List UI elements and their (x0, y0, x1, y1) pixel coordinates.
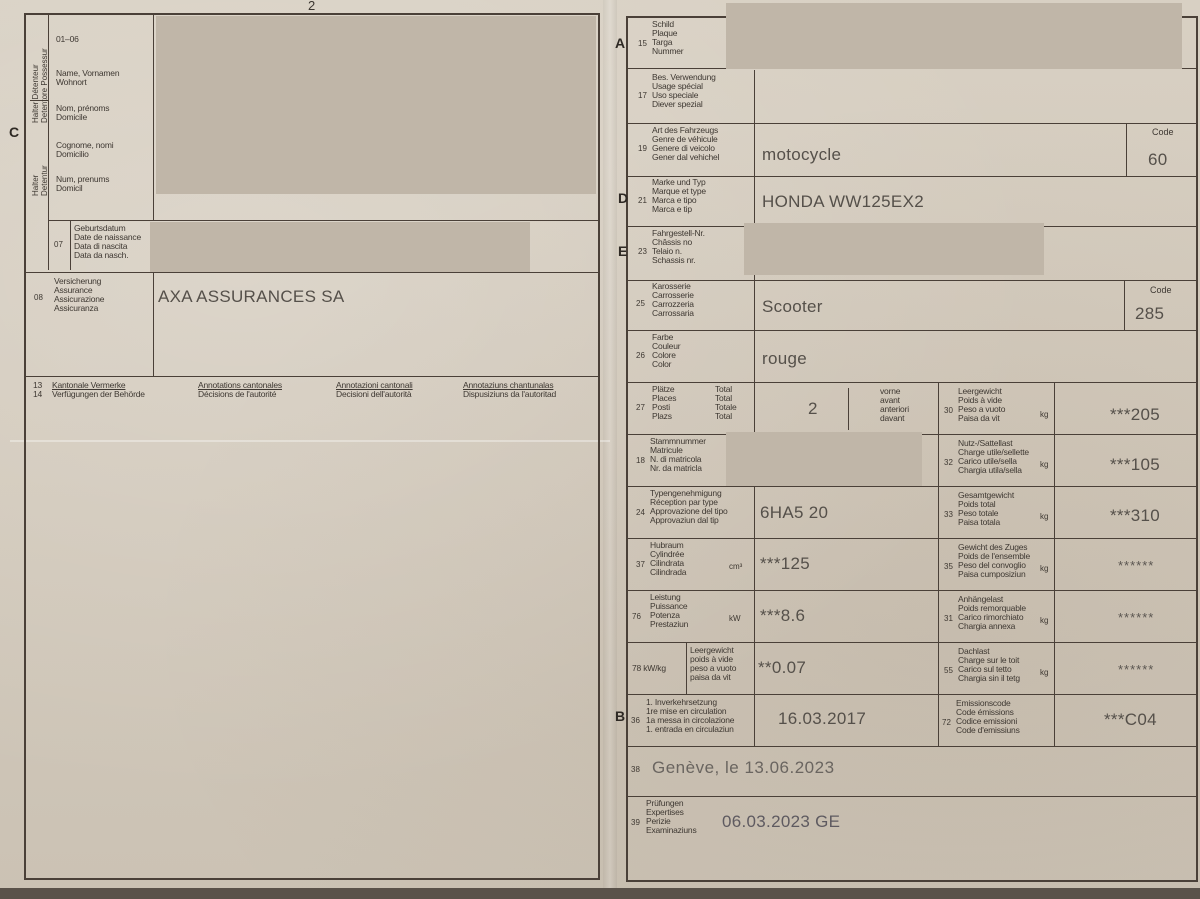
field-number-27: 27 (636, 403, 645, 412)
body-value: Scooter (762, 297, 823, 317)
type-approval-rm: Approvaziun dal tip (650, 516, 728, 525)
field-number-35: 35 (944, 562, 953, 571)
annotations-rm: Annotaziuns chantunalas Dispusiziuns da … (463, 381, 556, 399)
field-number-76: 76 (632, 612, 641, 621)
trailer-load-value: ****** (1118, 610, 1154, 625)
holder-label-rm: Num, prenums Domicil (56, 175, 109, 193)
divider (70, 220, 71, 270)
field-number-31: 31 (944, 614, 953, 623)
emission-code-value: ***C04 (1104, 710, 1157, 730)
trailer-load-unit: kg (1040, 616, 1048, 625)
divider (686, 642, 687, 694)
inspections-label: Prüfungen Expertises Perizie Examinaziun… (646, 799, 697, 835)
seats-front-rm: davant (880, 414, 909, 423)
row-divider (627, 330, 1198, 331)
holder-label-de: Name, Vornamen Wohnort (56, 69, 119, 87)
bottom-edge-shadow (0, 888, 1200, 899)
seats-total-value: 2 (808, 399, 818, 419)
power-ratio-unit: kW/kg (643, 663, 666, 673)
section-letter-b: B (615, 708, 625, 724)
displacement-value: ***125 (760, 554, 810, 574)
vehicle-type-code: 60 (1148, 150, 1168, 170)
birthdate-label-rm: Data da nasch. (74, 251, 141, 260)
emission-code-label: Emissionscode Code émissions Codice emis… (956, 699, 1020, 735)
field-number-23: 23 (638, 247, 647, 256)
annotations-fr-2: Décisions de l'autorité (198, 390, 282, 399)
make-label: Marke und Typ Marque et type Marca e tip… (652, 178, 706, 214)
body-code: 285 (1135, 304, 1164, 324)
page-number: 2 (308, 0, 315, 13)
field-number-72: 72 (942, 718, 951, 727)
power-label: Leistung Puissance Potenza Prestaziun (650, 593, 688, 629)
field-number-18: 18 (636, 456, 645, 465)
seats-label: Plätze Places Posti Plazs (652, 385, 676, 421)
divider (1126, 123, 1127, 176)
displacement-label: Hubraum Cylindrée Cilindrata Cilindrada (650, 541, 686, 577)
row-divider (627, 796, 1198, 797)
power-ratio-label: 78 kW/kg (632, 664, 666, 673)
vehicle-type-label-rm: Gener dal vehichel (652, 153, 719, 162)
holder-vertical-label: Halter Détenteur (31, 64, 40, 123)
body-code-label: Code (1150, 285, 1172, 295)
holder-name-redacted (156, 16, 596, 194)
total-weight-label: Gesamtgewicht Poids total Peso totale Pa… (958, 491, 1014, 527)
annotations-numbers: 13 14 (33, 381, 42, 399)
field-number-55: 55 (944, 666, 953, 675)
colour-label-rm: Color (652, 360, 680, 369)
center-fold (603, 0, 617, 899)
holder-vertical-label-3: Halter (31, 175, 40, 196)
payload-value: ***105 (1110, 455, 1160, 475)
payload-rm: Chargia utila/sella (958, 466, 1029, 475)
divider (48, 220, 600, 221)
emission-code-rm: Code d'emissiuns (956, 726, 1020, 735)
colour-value: rouge (762, 349, 807, 369)
empty-weight-rm: Paisa da vit (958, 414, 1005, 423)
divider (1054, 382, 1055, 746)
vehicle-type-label: Art des Fahrzeugs Genre de véhicule Gene… (652, 126, 719, 162)
divider (848, 388, 849, 430)
power-ratio-weight-label: Leergewicht poids à vide peso a vuoto pa… (690, 646, 736, 682)
roof-load-unit: kg (1040, 668, 1048, 677)
divider (754, 70, 755, 746)
body-label: Karosserie Carrosserie Carrozzeria Carro… (652, 282, 694, 318)
row-divider (627, 382, 1198, 383)
train-weight-value: ****** (1118, 558, 1154, 573)
field-number-37: 37 (636, 560, 645, 569)
matricule-redacted (726, 432, 922, 486)
row-divider (627, 694, 1198, 695)
row-divider (627, 746, 1198, 747)
plate-redacted (726, 3, 1182, 69)
divider (938, 382, 939, 746)
vehicle-type-value: motocycle (762, 145, 841, 165)
holder-vertical-label-2: Detentore Possessur (40, 48, 49, 123)
insurance-label: Versicherung Assurance Assicurazione Ass… (54, 277, 104, 313)
field-number-21: 21 (638, 196, 647, 205)
holder-label-it: Cognome, nomi Domicilio (56, 141, 113, 159)
body-label-rm: Carrossaria (652, 309, 694, 318)
field-number-19: 19 (638, 144, 647, 153)
holder-range-label: 01–06 (56, 35, 79, 44)
total-weight-value: ***310 (1110, 506, 1160, 526)
holder-vertical-label-4: Detentur (40, 165, 49, 196)
trailer-load-rm: Chargia annexa (958, 622, 1026, 631)
field-number-26: 26 (636, 351, 645, 360)
row-divider (627, 123, 1198, 124)
field-number-17: 17 (638, 91, 647, 100)
inspections-value: 06.03.2023 GE (722, 812, 840, 832)
make-label-rm: Marca e tip (652, 205, 706, 214)
annotations-fr: Annotations cantonales Décisions de l'au… (198, 381, 282, 399)
holder-label-fr: Nom, prénoms Domicile (56, 104, 109, 122)
section-letter-c: C (9, 124, 19, 140)
make-value: HONDA WW125EX2 (762, 192, 924, 212)
total-weight-unit: kg (1040, 512, 1048, 521)
seats-front-label: vorne avant anteriori davant (880, 387, 909, 423)
special-use-label-rm: Diever spezial (652, 100, 716, 109)
power-ratio-rm: paisa da vit (690, 673, 736, 682)
row-divider (627, 642, 1198, 643)
power-value: ***8.6 (760, 606, 805, 626)
train-weight-unit: kg (1040, 564, 1048, 573)
divider (153, 14, 154, 220)
field-number-39: 39 (631, 818, 640, 827)
divider (26, 376, 600, 377)
roof-load-rm: Chargia sin il tetg (958, 674, 1020, 683)
seats-label-rm: Plazs (652, 412, 676, 421)
annotations-it: Annotazioni cantonali Decisioni dell'aut… (336, 381, 413, 399)
payload-unit: kg (1040, 460, 1048, 469)
chassis-redacted (744, 223, 1044, 275)
roof-load-label: Dachlast Charge sur le toit Carico sul t… (958, 647, 1020, 683)
field-number-36: 36 (631, 716, 640, 725)
trailer-load-label: Anhängelast Poids remorquable Carico rim… (958, 595, 1026, 631)
row-divider (627, 280, 1198, 281)
row-divider (627, 538, 1198, 539)
first-registration-rm: 1. entrada en circulaziun (646, 725, 734, 734)
annotations-rm-2: Dispusiziuns da l'autoritad (463, 390, 556, 399)
field-number-33: 33 (944, 510, 953, 519)
empty-weight-label: Leergewicht Poids à vide Peso a vuoto Pa… (958, 387, 1005, 423)
divider (153, 272, 154, 376)
row-divider (627, 486, 1198, 487)
seats-total-label: Total Total Totale Total (715, 385, 736, 421)
inspections-rm: Examinaziuns (646, 826, 697, 835)
power-unit: kW (729, 614, 741, 623)
birthdate-label: Geburtsdatum Date de naissance Data di n… (74, 224, 141, 260)
field-number-25: 25 (636, 299, 645, 308)
displacement-unit: cm³ (729, 562, 742, 571)
train-weight-rm: Paisa cumposiziun (958, 570, 1030, 579)
first-registration-value: 16.03.2017 (778, 709, 866, 729)
plate-label-rm: Nummer (652, 47, 683, 56)
field-number-07: 07 (54, 240, 63, 249)
field-number-30: 30 (944, 406, 953, 415)
matricule-label: Stammnummer Matricule N. di matricola Nr… (650, 437, 706, 473)
payload-label: Nutz-/Sattellast Charge utile/sellette C… (958, 439, 1029, 475)
section-letter-e: E (618, 243, 627, 259)
field-number-78: 78 (632, 663, 641, 673)
annotations-de: Kantonale Vermerke Verfügungen der Behör… (52, 381, 145, 399)
colour-label: Farbe Couleur Colore Color (652, 333, 680, 369)
field-number-38: 38 (631, 765, 640, 774)
chassis-label: Fahrgestell-Nr. Châssis no Telaio n. Sch… (652, 229, 705, 265)
first-registration-label: 1. Inverkehrsetzung 1re mise en circulat… (646, 698, 734, 734)
birthdate-redacted (150, 222, 530, 272)
roof-load-value: ****** (1118, 662, 1154, 677)
train-weight-label: Gewicht des Zuges Poids de l'ensemble Pe… (958, 543, 1030, 579)
field-number-24: 24 (636, 508, 645, 517)
field-number-08: 08 (34, 293, 43, 302)
chassis-label-rm: Schassis nr. (652, 256, 705, 265)
empty-weight-unit: kg (1040, 410, 1048, 419)
divider (26, 272, 600, 273)
displacement-rm: Cilindrada (650, 568, 686, 577)
vehicle-type-code-label: Code (1152, 127, 1174, 137)
section-letter-d: D (618, 190, 628, 206)
field-number-32: 32 (944, 458, 953, 467)
row-divider (627, 590, 1198, 591)
issue-place-date: Genève, le 13.06.2023 (652, 758, 835, 778)
insurance-value: AXA ASSURANCES SA (158, 287, 345, 307)
row-divider (627, 176, 1198, 177)
special-use-label: Bes. Verwendung Usage spécial Uso specia… (652, 73, 716, 109)
annotations-it-2: Decisioni dell'autorità (336, 390, 413, 399)
insurance-label-rm: Assicuranza (54, 304, 104, 313)
field-number-15: 15 (638, 39, 647, 48)
field-number-14: 14 (33, 390, 42, 399)
divider (1124, 280, 1125, 330)
plate-label: Schild Plaque Targa Nummer (652, 20, 683, 56)
section-letter-a: A (615, 35, 625, 51)
type-approval-value: 6HA5 20 (760, 503, 828, 523)
annotations-de-2: Verfügungen der Behörde (52, 390, 145, 399)
type-approval-label: Typengenehmigung Réception par type Appr… (650, 489, 728, 525)
power-rm: Prestaziun (650, 620, 688, 629)
total-weight-rm: Paisa totala (958, 518, 1014, 527)
matricule-rm: Nr. da matricla (650, 464, 706, 473)
seats-total-rm: Total (715, 412, 736, 421)
empty-weight-value: ***205 (1110, 405, 1160, 425)
power-ratio-value: **0.07 (758, 658, 806, 678)
